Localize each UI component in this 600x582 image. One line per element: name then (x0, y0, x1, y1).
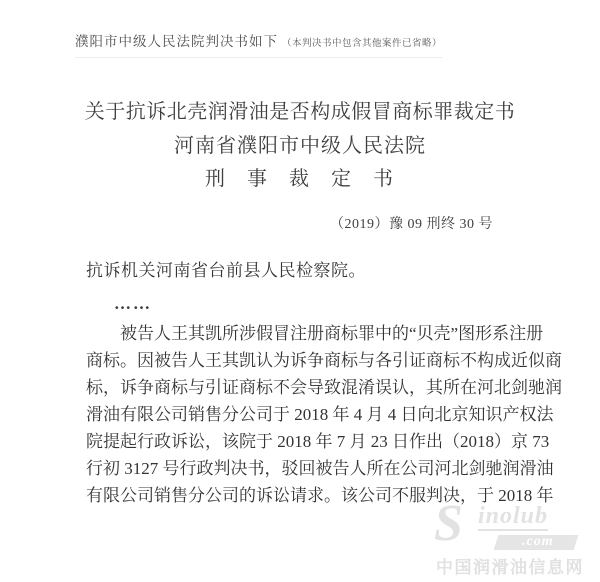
case-number: （2019）豫 09 刑终 30 号 (330, 213, 493, 233)
paragraph-line: 院提起行政诉讼，该院于 2018 年 7 月 23 日作出（2018）京 73 (86, 428, 534, 455)
watermark-name-text: inolub (478, 504, 548, 531)
sinolub-watermark-logo: S inolub .com 中国润滑油信息网 (434, 504, 586, 576)
document-type: 刑 事 裁 定 书 (0, 167, 600, 191)
main-paragraph: 被告人王其凯所涉假冒注册商标罪中的“贝壳”图形系注册 商标。因被告人王其凯认为诉… (86, 320, 534, 509)
document-header-underlined: 濮阳市中级人民法院判决书如下 （本判决书中包含其他案件已省略） (75, 30, 442, 58)
paragraph-line: 滑油有限公司销售分公司于 2018 年 4 月 4 日向北京知识产权法 (86, 401, 534, 428)
watermark-initial-s: S (434, 498, 463, 550)
watermark-com-text: .com (522, 534, 554, 550)
prosecution-organ-line: 抗诉机关河南省台前县人民检察院。 (86, 260, 534, 282)
paragraph-line: 行初 3127 号行政判决书，驳回被告人所在公司河北剑驰润滑油 (86, 455, 534, 482)
court-name: 河南省濮阳市中级人民法院 (0, 134, 600, 158)
omitted-content-ellipsis: …… (114, 293, 534, 315)
paragraph-line: 被告人王其凯所涉假冒注册商标罪中的“贝壳”图形系注册 (86, 320, 534, 347)
paragraph-line: 标，诉争商标与引证商标不会导致混淆误认，其所在河北剑驰润 (86, 374, 534, 401)
document-page: 濮阳市中级人民法院判决书如下 （本判决书中包含其他案件已省略） 关于抗诉北壳润滑… (0, 0, 600, 582)
ruling-title: 关于抗诉北壳润滑油是否构成假冒商标罪裁定书 (0, 100, 600, 124)
paragraph-line: 商标。因被告人王其凯认为诉争商标与各引证商标不构成近似商 (86, 347, 534, 374)
document-header: 濮阳市中级人民法院判决书如下 （本判决书中包含其他案件已省略） (75, 30, 442, 58)
document-body: 抗诉机关河南省台前县人民检察院。 …… 被告人王其凯所涉假冒注册商标罪中的“贝壳… (86, 260, 534, 509)
header-court-line: 濮阳市中级人民法院判决书如下 (75, 34, 278, 49)
header-omission-note: （本判决书中包含其他案件已省略） (282, 39, 442, 49)
watermark-site-name: 中国润滑油信息网 (436, 553, 584, 578)
title-block: 关于抗诉北壳润滑油是否构成假冒商标罪裁定书 河南省濮阳市中级人民法院 刑 事 裁… (0, 100, 600, 191)
